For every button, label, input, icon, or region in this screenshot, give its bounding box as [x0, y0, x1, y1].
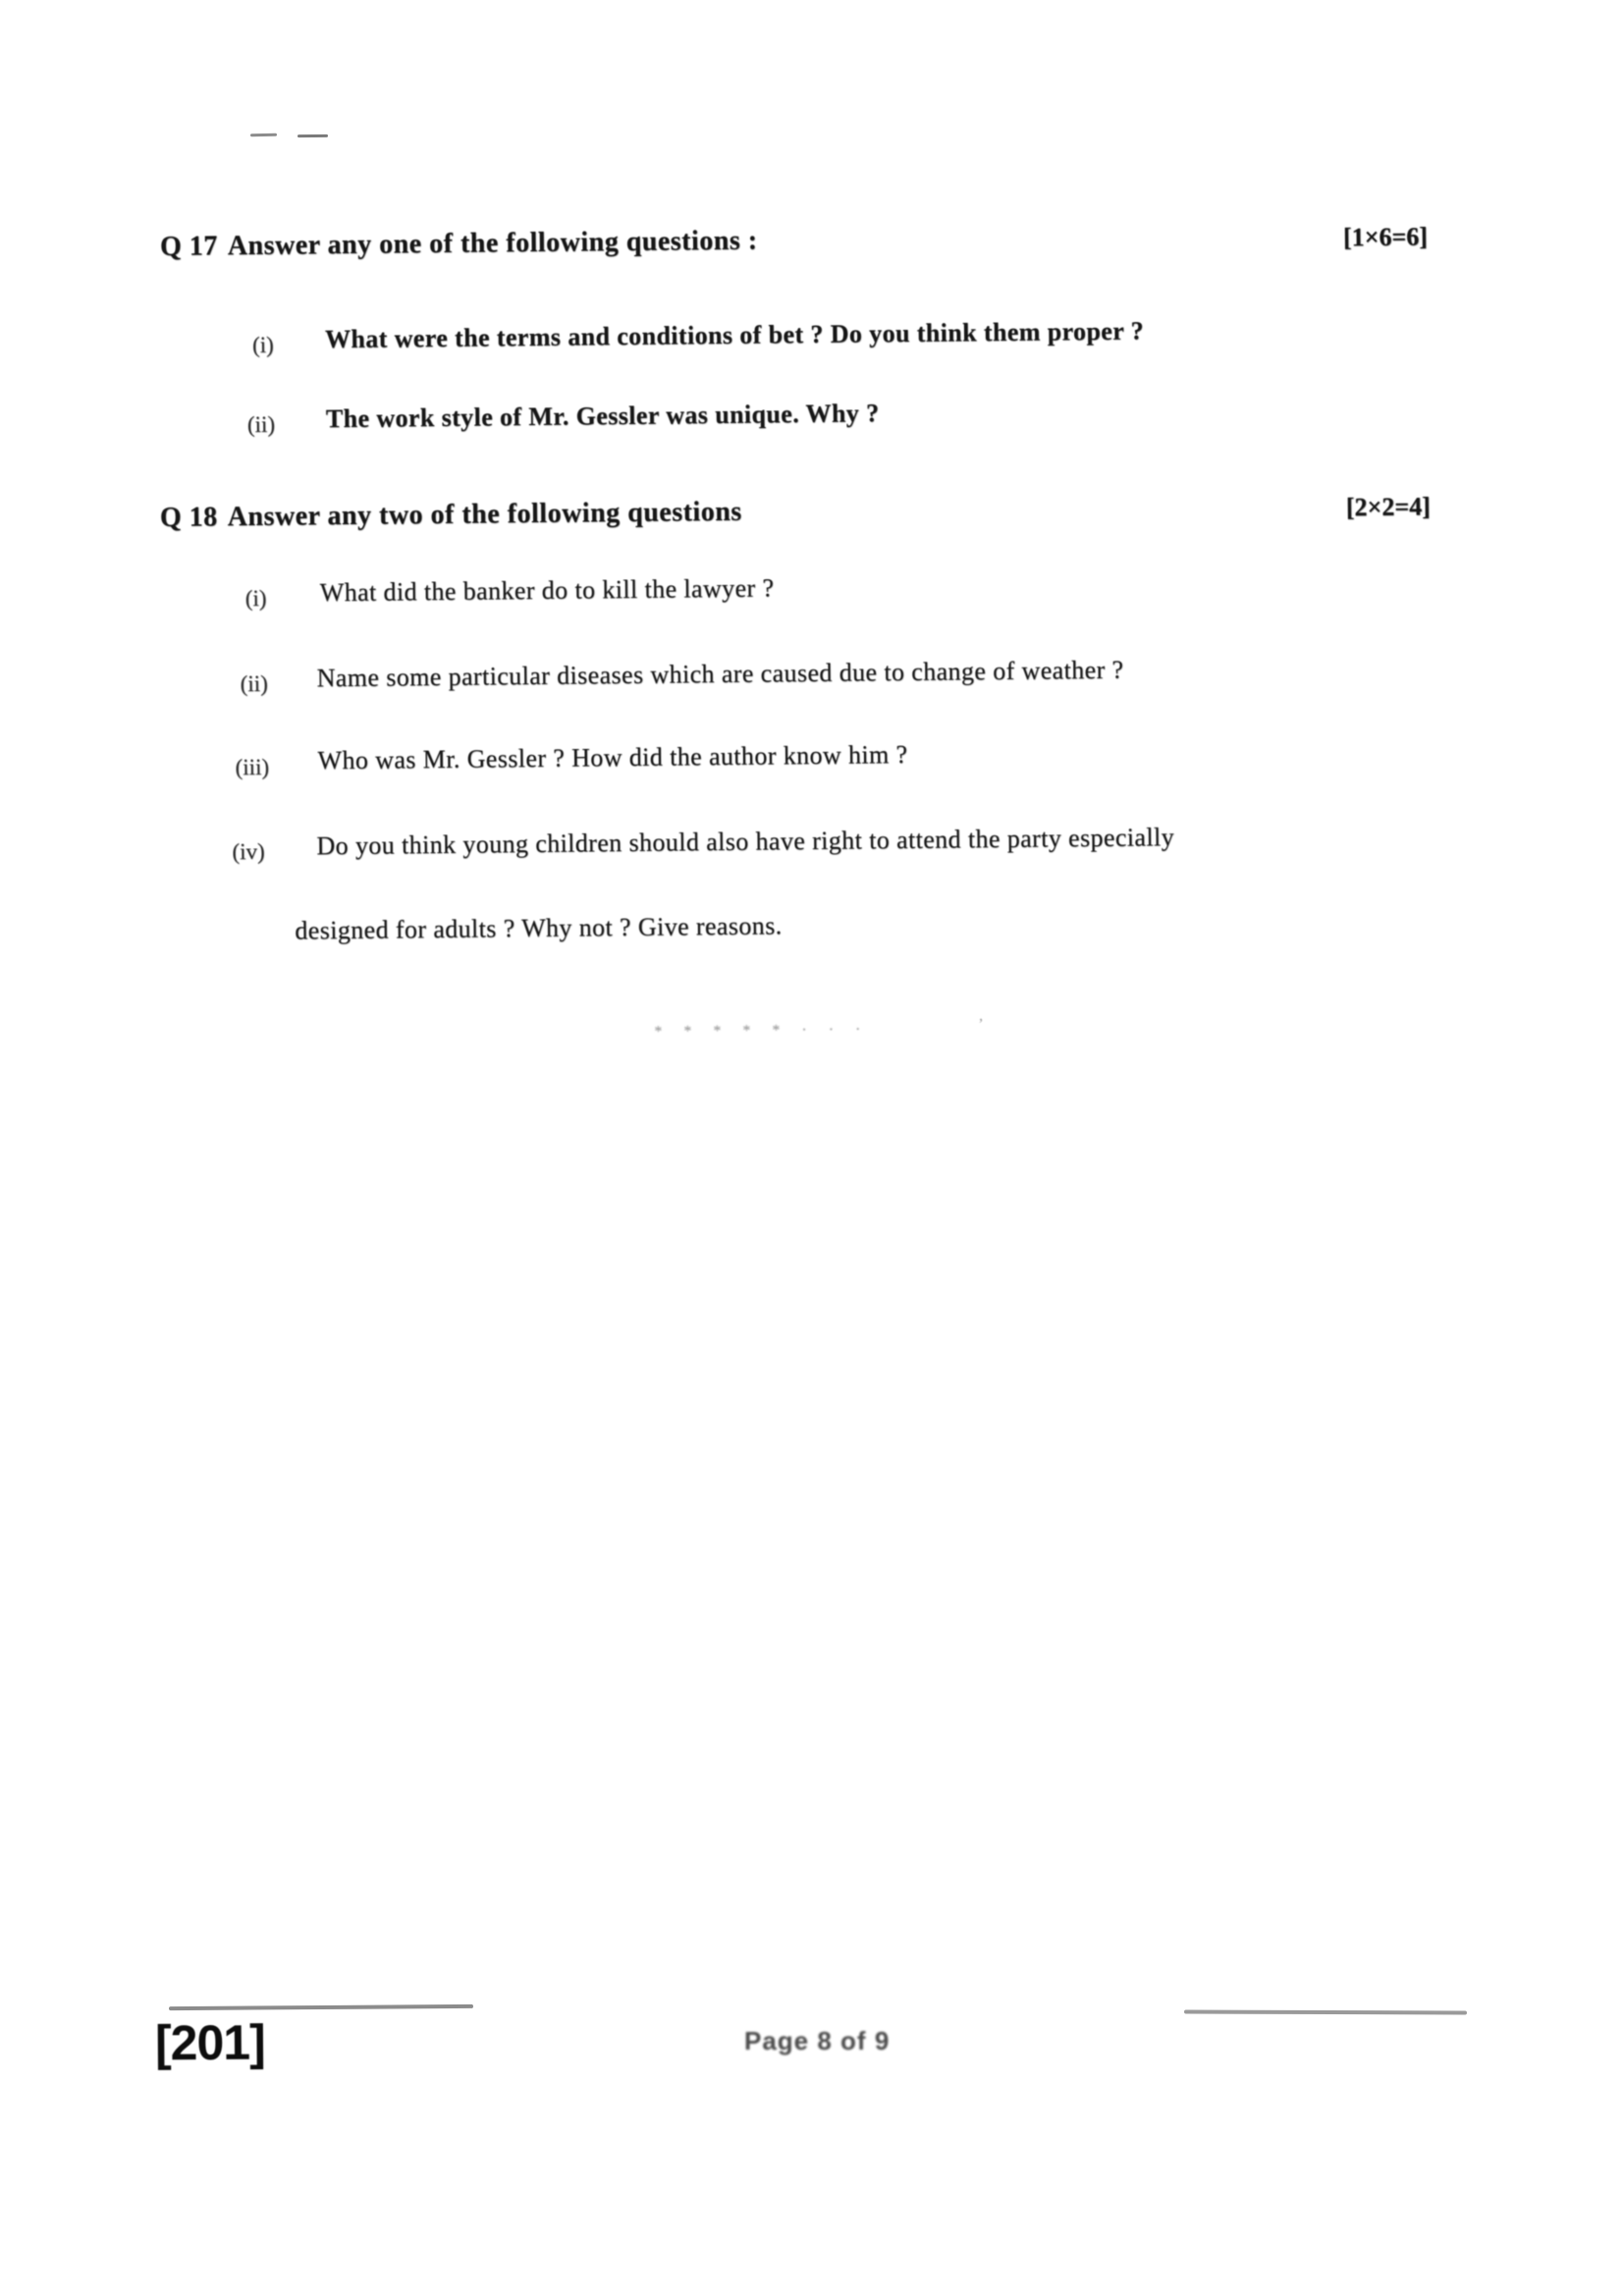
- question-prompt: Answer any one of the following question…: [228, 226, 758, 262]
- sub-question-text: Do you think young children should also …: [316, 823, 1174, 861]
- booklet-code: [201]: [155, 2014, 265, 2072]
- separator-marks: * * * * * · · ·: [654, 1021, 869, 1041]
- page-number: Page 8 of 9: [744, 2026, 890, 2056]
- marks-badge: [2×2=4]: [1346, 492, 1431, 522]
- footer-rule-right: [1184, 2009, 1467, 2014]
- sub-question-label: (ii): [241, 671, 268, 697]
- sub-question-label: (iv): [232, 839, 264, 865]
- sub-question-text: The work style of Mr. Gessler was unique…: [326, 399, 880, 434]
- question-number: Q 17: [160, 231, 218, 262]
- sub-question-text: What did the banker do to kill the lawye…: [320, 573, 775, 608]
- sub-question-text: Who was Mr. Gessler ? How did the author…: [317, 740, 907, 775]
- sub-question-text-continued: designed for adults ? Why not ? Give rea…: [295, 911, 783, 945]
- question-header: Q 17Answer any one of the following ques…: [160, 226, 758, 263]
- scanned-exam-page: Q 17Answer any one of the following ques…: [0, 0, 1624, 2296]
- footer-rule-left: [169, 2004, 473, 2010]
- question-prompt: Answer any two of the following question…: [228, 497, 742, 532]
- sub-question-text: What were the terms and conditions of be…: [325, 316, 1144, 354]
- sub-question-text: Name some particular diseases which are …: [316, 656, 1123, 694]
- stray-scan-mark: ’: [978, 1016, 984, 1034]
- marks-badge: [1×6=6]: [1343, 222, 1428, 252]
- sub-question-label: (i): [245, 586, 267, 612]
- question-number: Q 18: [160, 502, 218, 533]
- sub-question-label: (ii): [247, 412, 275, 438]
- sub-question-label: (iii): [235, 755, 269, 780]
- sub-question-label: (i): [252, 333, 274, 358]
- question-header: Q 18Answer any two of the following ques…: [160, 497, 742, 534]
- question-text-block: Q 17Answer any one of the following ques…: [0, 0, 1624, 1180]
